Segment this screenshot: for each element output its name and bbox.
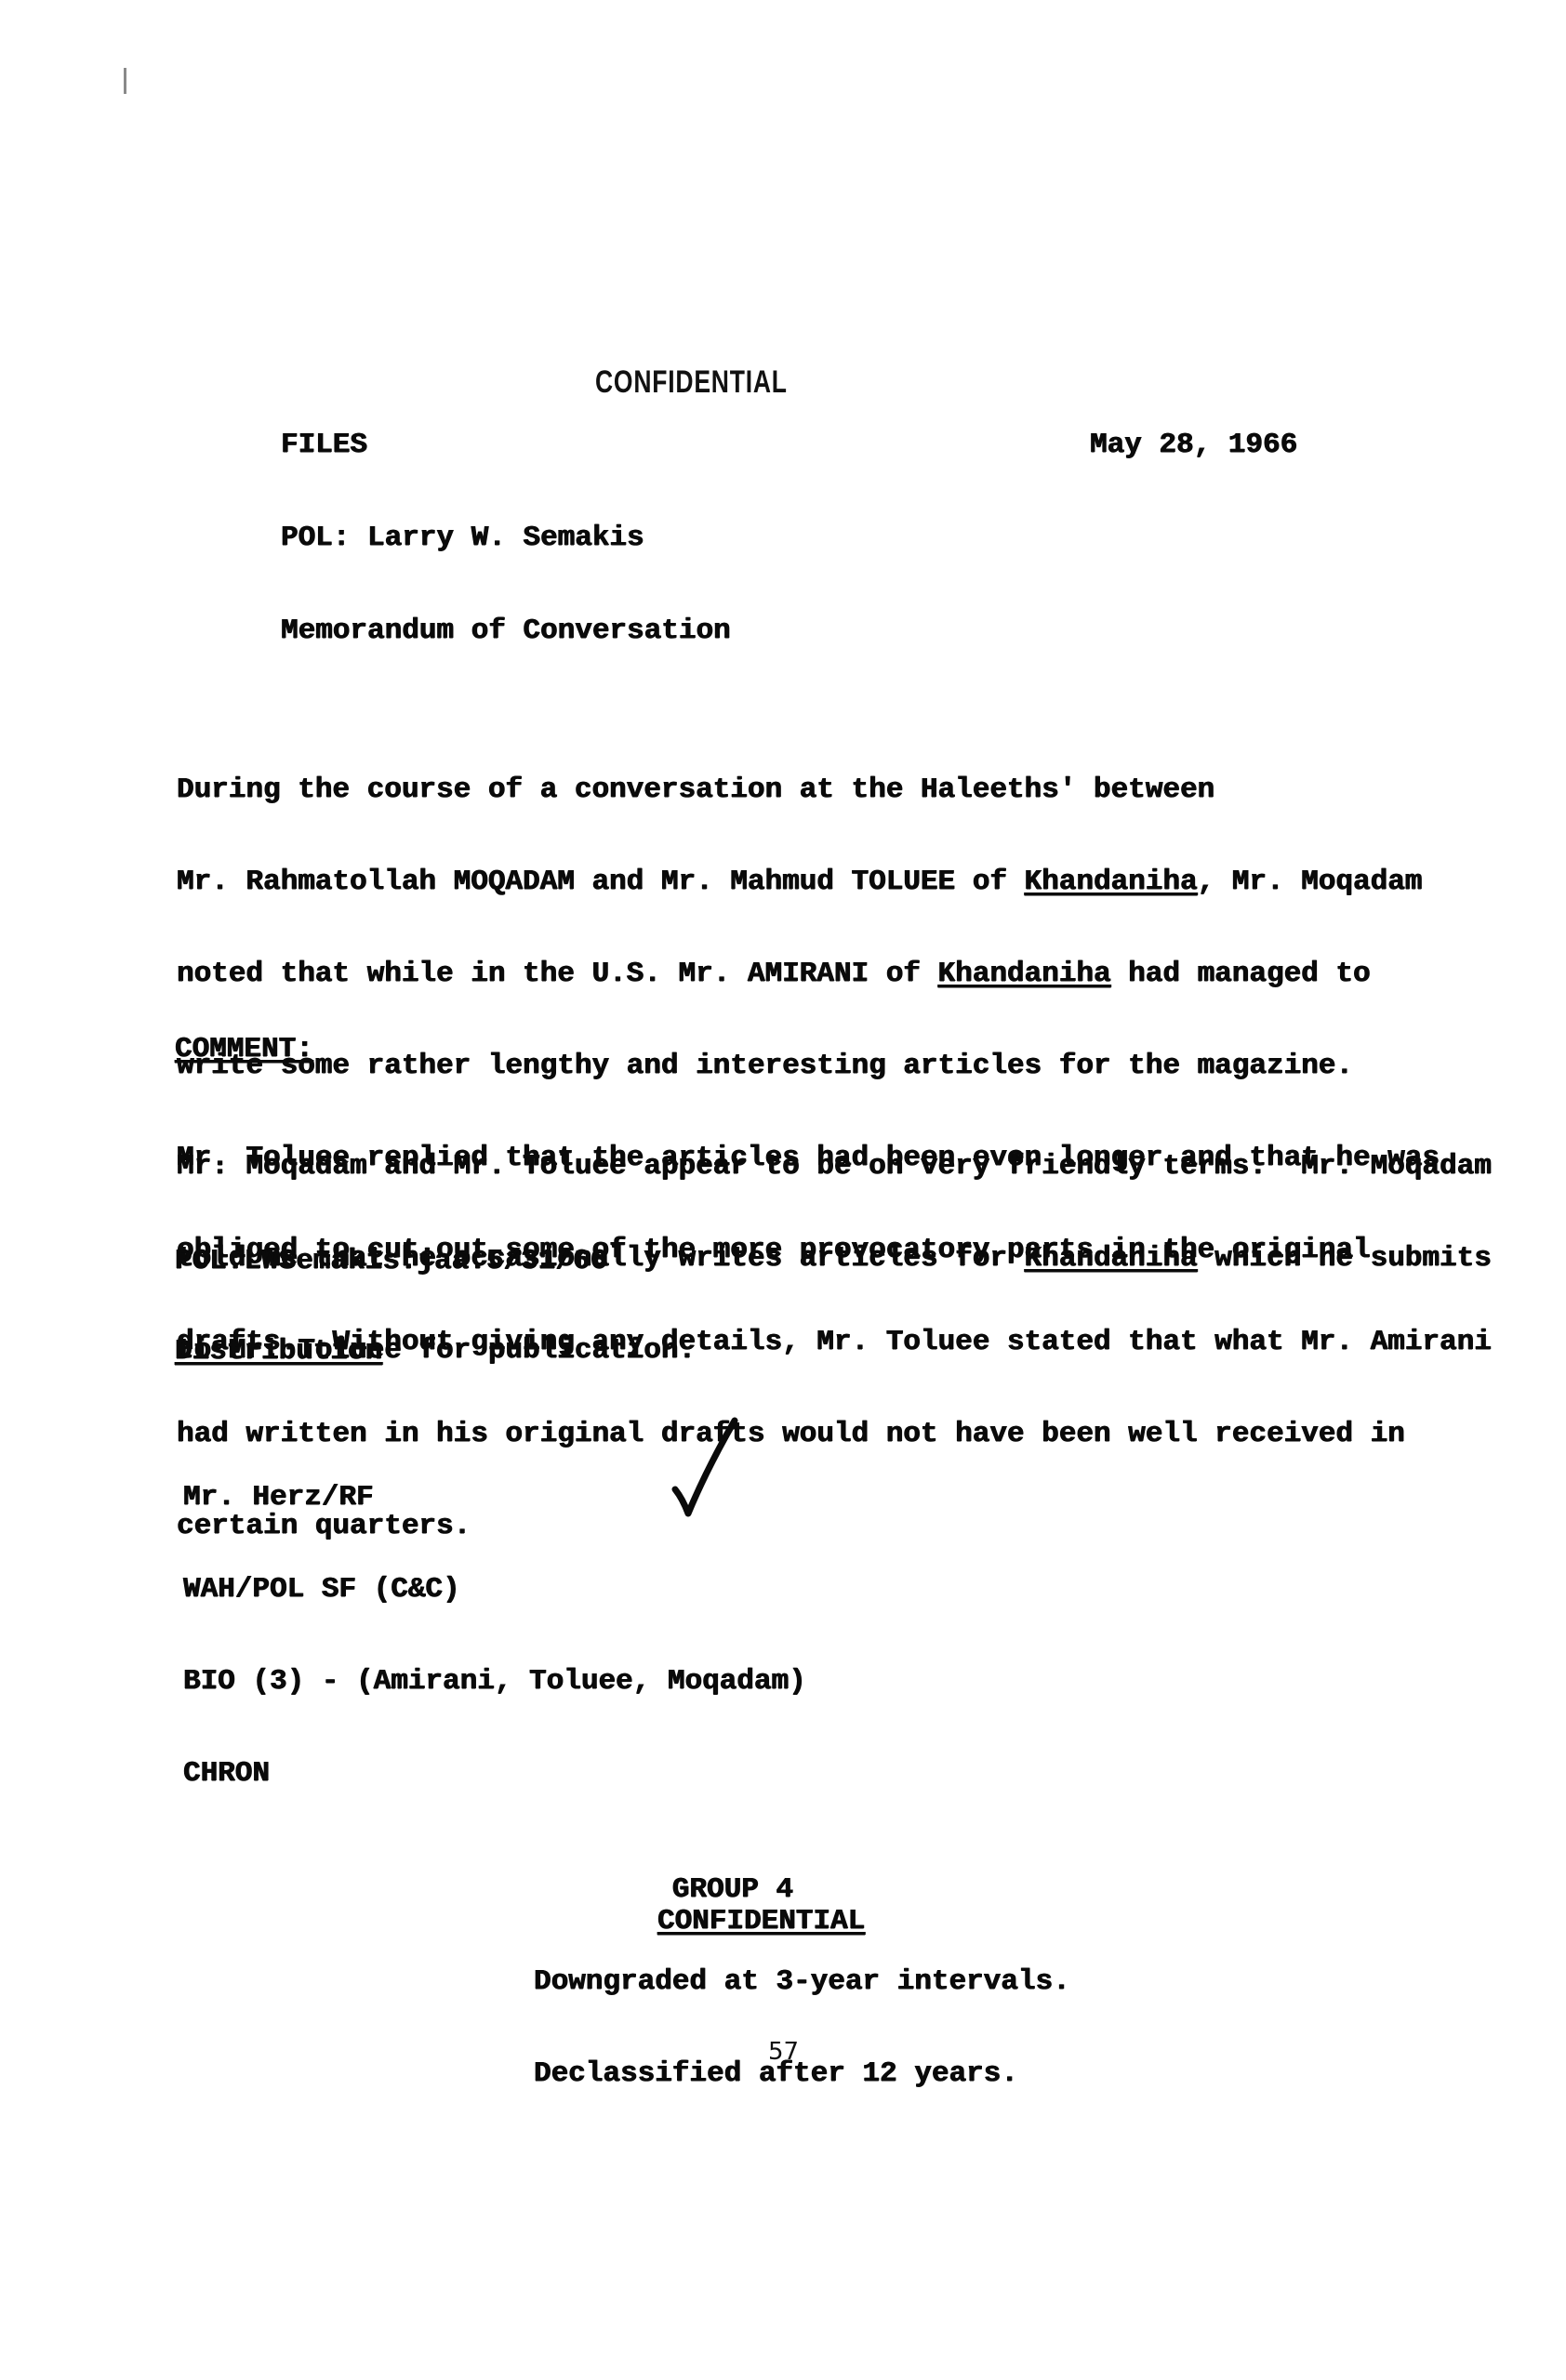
body-line: noted that while in the U.S. Mr. AMIRANI… bbox=[177, 959, 1492, 989]
distribution-item: CHRON bbox=[183, 1758, 806, 1789]
body-line: write some rather lengthy and interestin… bbox=[177, 1051, 1492, 1081]
magazine-name: Khandaniha bbox=[1025, 866, 1198, 898]
scan-artifact-mark bbox=[124, 68, 126, 94]
memo-date: May 28, 1966 bbox=[1090, 430, 1297, 460]
distribution-heading: Distribution bbox=[175, 1336, 382, 1367]
magazine-name: Khandaniha bbox=[1025, 1242, 1198, 1275]
body-line: Mr. Rahmatollah MOQADAM and Mr. Mahmud T… bbox=[177, 866, 1492, 897]
distribution-item: BIO (3) - (Amirani, Toluee, Moqadam) bbox=[183, 1666, 806, 1697]
distribution-item: WAH/POL SF (C&C) bbox=[183, 1574, 806, 1605]
classification-stamp-bottom: CONFIDENTIAL bbox=[657, 1906, 865, 1937]
page-number: 57 bbox=[768, 2038, 799, 2066]
drafting-line: POL:LWSemakis:jaa:5/31/66 bbox=[175, 1246, 607, 1276]
document-page: CONFIDENTIAL FILES May 28, 1966 POL: Lar… bbox=[0, 0, 1566, 2380]
group-line: Declassified after 12 years. bbox=[534, 2058, 1070, 2089]
comment-line: Mr. Moqadam and Mr. Toluee appear to be … bbox=[177, 1151, 1492, 1182]
memo-subject: Memorandum of Conversation bbox=[281, 615, 731, 646]
comment-heading: COMMENT: bbox=[175, 1034, 313, 1064]
body-line: During the course of a conversation at t… bbox=[177, 774, 1492, 805]
handwritten-check-icon bbox=[670, 1413, 744, 1525]
magazine-name: Khandaniha bbox=[938, 958, 1111, 990]
memo-to: FILES bbox=[281, 430, 367, 460]
memo-from: POL: Larry W. Semakis bbox=[281, 522, 644, 553]
classification-stamp-top: CONFIDENTIAL bbox=[595, 364, 788, 401]
group-line: Downgraded at 3-year intervals. bbox=[534, 1966, 1070, 1997]
group-line: GROUP 4 bbox=[534, 1874, 1070, 1905]
declassification-block: GROUP 4 Downgraded at 3-year intervals. … bbox=[534, 1813, 1070, 2150]
